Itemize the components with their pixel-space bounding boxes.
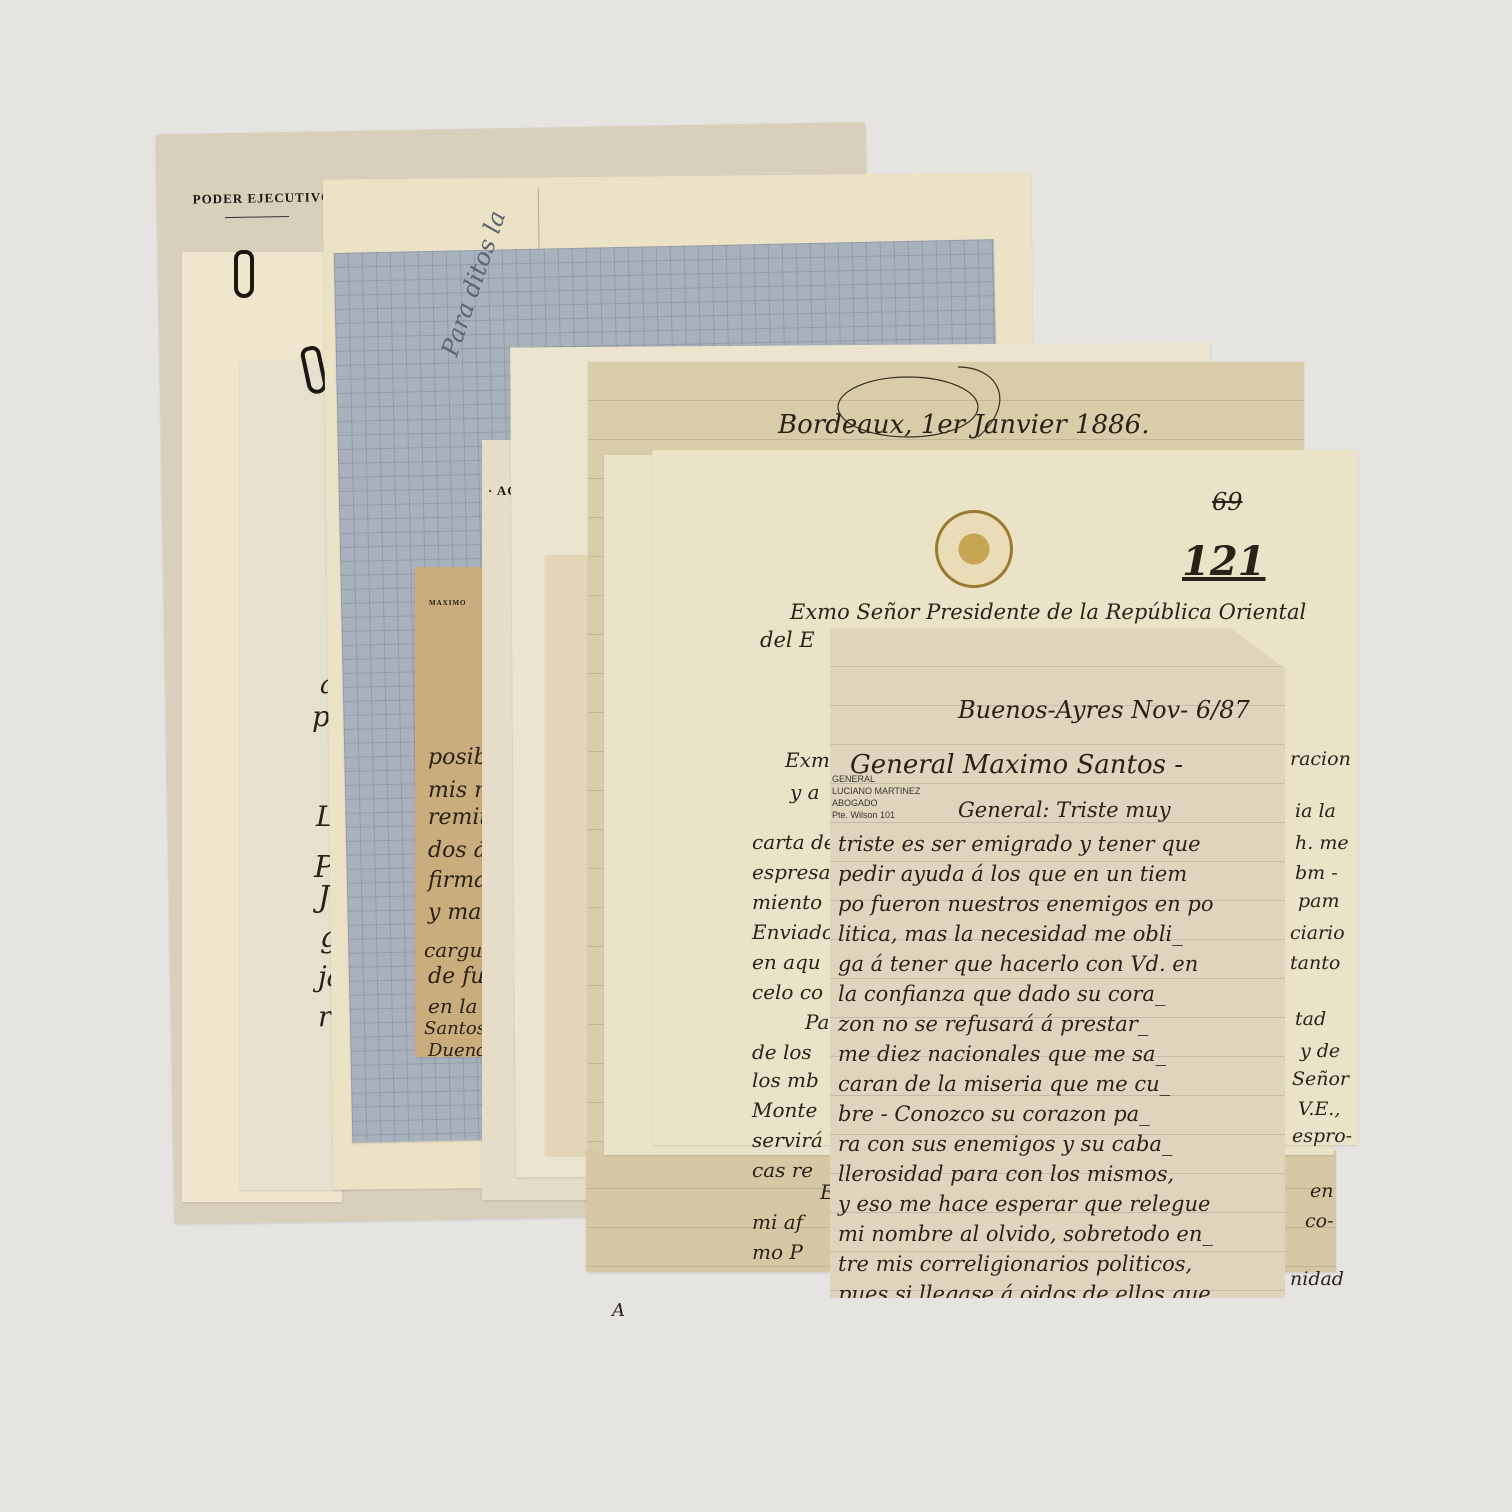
document-number: 121: [1182, 538, 1266, 585]
crossed-number: 69: [1212, 488, 1243, 516]
martinez-letterhead: GENERAL LUCIANO MARTINEZ ABOGADO Pte. Wi…: [832, 773, 920, 821]
salutation: Exmo Señor Presidente de la República Or…: [790, 600, 1306, 624]
letter-date: Buenos-Ayres Nov- 6/87: [958, 696, 1250, 724]
letterhead-divider: [225, 216, 289, 218]
paper-clip-icon: [234, 250, 254, 298]
bordeaux-flourish-icon: [828, 362, 1028, 452]
presidencia-seal-icon: [935, 510, 1013, 588]
buenos-aires-letter: Buenos-Ayres Nov- 6/87 General Maximo Sa…: [830, 628, 1285, 1298]
poder-ejecutivo-letterhead: PODER EJECUTIVO: [193, 189, 333, 207]
